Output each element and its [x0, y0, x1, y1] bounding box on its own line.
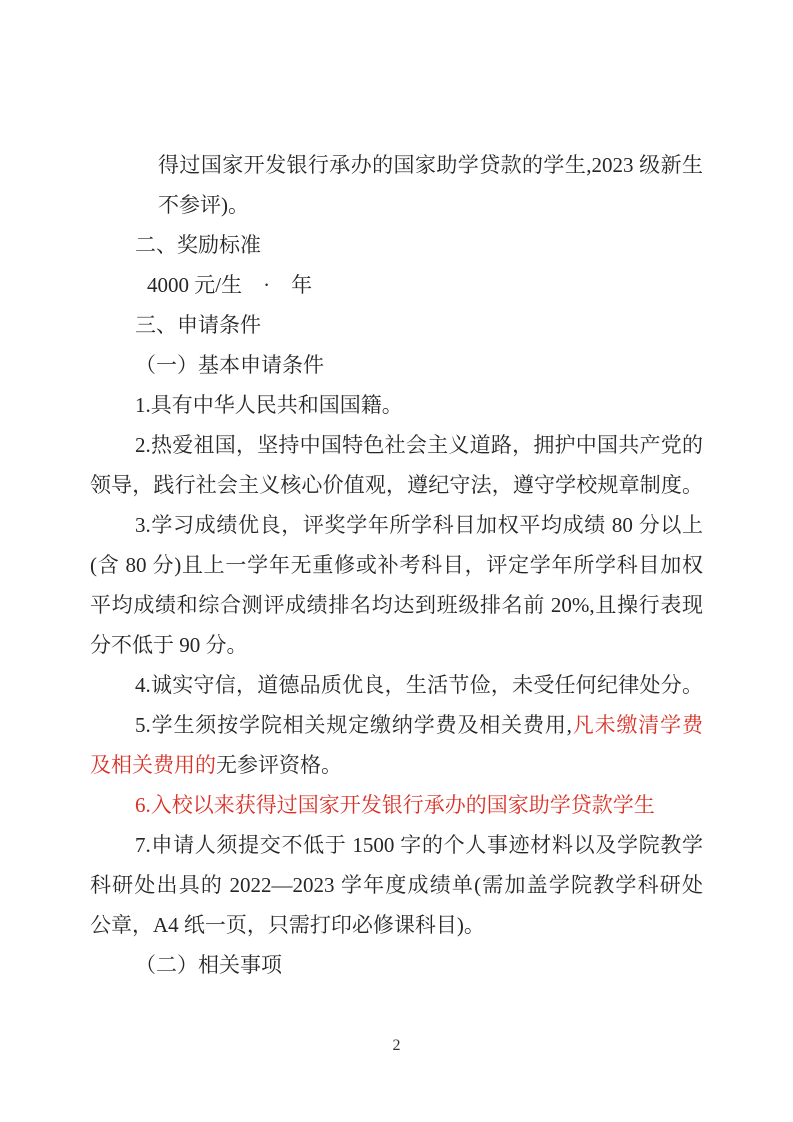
- page-number: 2: [393, 1037, 401, 1054]
- text-segment: 得过国家开发银行承办的国家助学贷款的学生,2023 级新生: [158, 153, 703, 177]
- text-segment: 不参评)。: [158, 193, 249, 217]
- text-line: 二、奖励标准: [90, 225, 703, 265]
- text-line: 不参评)。: [90, 185, 703, 225]
- page-footer: 2: [0, 1036, 793, 1056]
- text-line: 6.入校以来获得过国家开发银行承办的国家助学贷款学生: [90, 785, 703, 825]
- text-segment: 二、奖励标准: [135, 233, 261, 257]
- text-line: 1.具有中华人民共和国国籍。: [90, 385, 703, 425]
- text-segment: 平均成绩和综合测评成绩排名均达到班级排名前 20%,且操行表现: [90, 593, 703, 617]
- text-segment: 凡未缴清学费: [572, 713, 703, 737]
- text-segment: 1.具有中华人民共和国国籍。: [135, 393, 403, 417]
- text-segment: 6.入校以来获得过国家开发银行承办的国家助学贷款学生: [135, 793, 655, 817]
- text-line: （一）基本申请条件: [90, 345, 703, 385]
- text-segment: 3.学习成绩优良，评奖学年所学科目加权平均成绩 80 分以上: [135, 513, 703, 537]
- text-line: 4.诚实守信，道德品质优良，生活节俭，未受任何纪律处分。: [90, 665, 703, 705]
- text-segment: 科研处出具的 2022—2023 学年度成绩单(需加盖学院教学科研处: [90, 873, 703, 897]
- text-segment: 领导，践行社会主义核心价值观，遵纪守法，遵守学校规章制度。: [90, 473, 703, 497]
- text-segment: 4.诚实守信，道德品质优良，生活节俭，未受任何纪律处分。: [135, 673, 703, 697]
- text-segment: 及相关费用的: [90, 753, 216, 777]
- document-body: 得过国家开发银行承办的国家助学贷款的学生,2023 级新生不参评)。二、奖励标准…: [90, 145, 703, 985]
- text-line: 7.申请人须提交不低于 1500 字的个人事迹材料以及学院教学: [90, 825, 703, 865]
- text-line: （二）相关事项: [90, 945, 703, 985]
- text-segment: 公章，A4 纸一页，只需打印必修课科目)。: [90, 913, 485, 937]
- text-line: 公章，A4 纸一页，只需打印必修课科目)。: [90, 905, 703, 945]
- text-segment: 无参评资格。: [216, 753, 342, 777]
- text-line: 5.学生须按学院相关规定缴纳学费及相关费用,凡未缴清学费: [90, 705, 703, 745]
- text-line: 及相关费用的无参评资格。: [90, 745, 703, 785]
- text-line: (含 80 分)且上一学年无重修或补考科目，评定学年所学科目加权: [90, 545, 703, 585]
- text-segment: 三、申请条件: [135, 313, 261, 337]
- text-segment: （一）基本申请条件: [135, 353, 324, 377]
- text-segment: 分不低于 90 分。: [90, 633, 248, 657]
- text-line: 三、申请条件: [90, 305, 703, 345]
- text-line: 平均成绩和综合测评成绩排名均达到班级排名前 20%,且操行表现: [90, 585, 703, 625]
- text-line: 4000 元/生 · 年: [90, 265, 703, 305]
- text-line: 科研处出具的 2022—2023 学年度成绩单(需加盖学院教学科研处: [90, 865, 703, 905]
- text-line: 得过国家开发银行承办的国家助学贷款的学生,2023 级新生: [90, 145, 703, 185]
- text-line: 领导，践行社会主义核心价值观，遵纪守法，遵守学校规章制度。: [90, 465, 703, 505]
- text-segment: （二）相关事项: [135, 953, 282, 977]
- text-segment: 7.申请人须提交不低于 1500 字的个人事迹材料以及学院教学: [135, 833, 703, 857]
- text-segment: 5.学生须按学院相关规定缴纳学费及相关费用,: [135, 713, 572, 737]
- text-segment: 4000 元/生 · 年: [147, 273, 312, 297]
- text-segment: (含 80 分)且上一学年无重修或补考科目，评定学年所学科目加权: [90, 553, 703, 577]
- document-page: 得过国家开发银行承办的国家助学贷款的学生,2023 级新生不参评)。二、奖励标准…: [0, 0, 793, 1122]
- text-line: 2.热爱祖国，坚持中国特色社会主义道路，拥护中国共产党的: [90, 425, 703, 465]
- text-line: 3.学习成绩优良，评奖学年所学科目加权平均成绩 80 分以上: [90, 505, 703, 545]
- text-segment: 2.热爱祖国，坚持中国特色社会主义道路，拥护中国共产党的: [135, 433, 703, 457]
- text-line: 分不低于 90 分。: [90, 625, 703, 665]
